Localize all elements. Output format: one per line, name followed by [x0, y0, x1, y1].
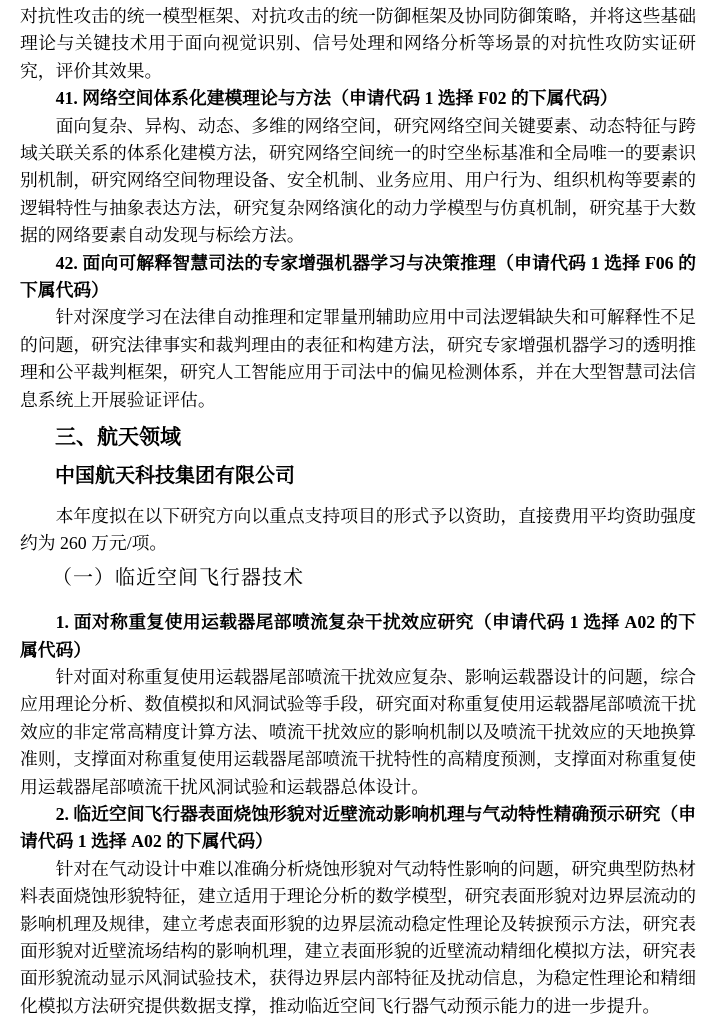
- topic-heading-41: 41. 网络空间体系化建模理论与方法（申请代码 1 选择 F02 的下属代码）: [20, 85, 696, 112]
- topic-41-description: 面向复杂、异构、动态、多维的网络空间，研究网络空间关键要素、动态特征与跨域关联关…: [20, 113, 696, 250]
- section-heading-aerospace: 三、航天领域: [20, 424, 696, 451]
- topic-heading-2: 2. 临近空间飞行器表面烧蚀形貌对近壁流动影响机理与气动特性精确预示研究（申请代…: [20, 801, 696, 856]
- topic-2-description: 针对在气动设计中难以准确分析烧蚀形貌对气动特性影响的问题，研究典型防热材料表面烧…: [20, 856, 696, 1018]
- topic-42-description: 针对深度学习在法律自动推理和定罪量刑辅助应用中司法逻辑缺失和可解释性不足的问题，…: [20, 304, 696, 414]
- document-page: 对抗性攻击的统一模型框架、对抗攻击的统一防御框架及协同防御策略，并将这些基础理论…: [0, 0, 720, 1018]
- continuation-paragraph: 对抗性攻击的统一模型框架、对抗攻击的统一防御框架及协同防御策略，并将这些基础理论…: [20, 3, 696, 85]
- funding-intro-paragraph: 本年度拟在以下研究方向以重点支持项目的形式予以资助，直接费用平均资助强度约为 2…: [20, 503, 696, 558]
- subsection-heading-near-space-vehicle: （一）临近空间飞行器技术: [20, 565, 696, 592]
- topic-heading-42: 42. 面向可解释智慧司法的专家增强机器学习与决策推理（申请代码 1 选择 F0…: [20, 250, 696, 305]
- topic-heading-1: 1. 面对称重复使用运载器尾部喷流复杂干扰效应研究（申请代码 1 选择 A02 …: [20, 609, 696, 664]
- topic-1-description: 针对面对称重复使用运载器尾部喷流干扰效应复杂、影响运载器设计的问题，综合应用理论…: [20, 664, 696, 801]
- organization-heading: 中国航天科技集团有限公司: [20, 463, 696, 490]
